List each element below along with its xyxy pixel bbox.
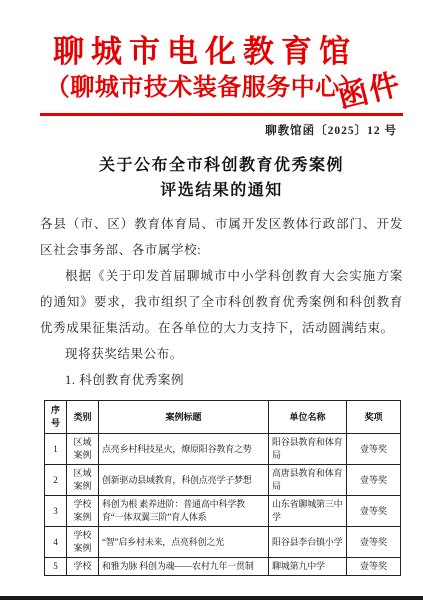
table-row: 3 学校案例 科创为根 素养进阶：普通高中科学教育“一体双翼三阶”育人体系 山东… <box>45 496 401 527</box>
cell-unit-name: 聊城第九中学 <box>269 558 347 576</box>
col-header-unit-name: 单位名称 <box>269 401 347 434</box>
cell-award: 壹等奖 <box>347 527 401 558</box>
cell-case-title: 和雅为脉 科创为魂——农村九年一贯制 <box>99 558 269 576</box>
cell-unit-name: 阳谷县李台镇小学 <box>269 527 347 558</box>
cell-unit-name: 山东省聊城第三中学 <box>269 496 347 527</box>
cell-category: 学校案例 <box>67 496 99 527</box>
paragraph-1: 根据《关于印发首届聊城市中小学科创教育大会实施方案的通知》要求，我市组织了全市科… <box>40 263 403 341</box>
col-header-index: 序号 <box>45 401 67 434</box>
table-header-row: 序号 类别 案例标题 单位名称 奖项 <box>45 401 401 434</box>
doc-body: 各县（市、区）教育体育局、市属开发区教体行政部门、开发区社会事务部、各市属学校:… <box>40 211 403 393</box>
cell-index: 5 <box>45 558 67 576</box>
cell-index: 2 <box>45 465 67 496</box>
paragraph-2: 现将获奖结果公布。 <box>40 341 403 367</box>
document-page: 聊城市电化教育馆 （聊城市技术装备服务中心） 函件 聊教馆函〔2025〕12 号… <box>0 0 423 602</box>
cell-case-title: 点亮乡村科技星火，燎原阳谷教育之势 <box>99 434 269 465</box>
org-name-line1: 聊城市电化教育馆 <box>40 32 370 72</box>
page-bottom-edge <box>0 596 423 600</box>
table-row: 2 区域案例 创新驱动县域教育，科创点亮学子梦想 高唐县教育和体育局 壹等奖 <box>45 465 401 496</box>
cell-case-title: “智”启乡村未来，点亮科创之光 <box>99 527 269 558</box>
doc-title-line2: 评选结果的通知 <box>160 182 283 199</box>
table-row: 5 学校 和雅为脉 科创为魂——农村九年一贯制 聊城第九中学 壹等奖 <box>45 558 401 576</box>
cell-unit-name: 阳谷县教育和体育局 <box>269 434 347 465</box>
paragraph-3: 1. 科创教育优秀案例 <box>40 367 403 393</box>
cell-category: 区域案例 <box>67 434 99 465</box>
doc-number: 聊教馆函〔2025〕12 号 <box>40 122 403 138</box>
table-row: 4 学校案例 “智”启乡村未来，点亮科创之光 阳谷县李台镇小学 壹等奖 <box>45 527 401 558</box>
doc-title: 关于公布全市科创教育优秀案例 评选结果的通知 <box>40 153 403 203</box>
cell-case-title: 科创为根 素养进阶：普通高中科学教育“一体双翼三阶”育人体系 <box>99 496 269 527</box>
doc-title-line1: 关于公布全市科创教育优秀案例 <box>99 157 344 174</box>
org-name-block: 聊城市电化教育馆 （聊城市技术装备服务中心） <box>40 32 370 104</box>
cell-award: 壹等奖 <box>347 558 401 576</box>
salutation: 各县（市、区）教育体育局、市属开发区教体行政部门、开发区社会事务部、各市属学校: <box>40 211 403 263</box>
cell-index: 3 <box>45 496 67 527</box>
cell-unit-name: 高唐县教育和体育局 <box>269 465 347 496</box>
col-header-category: 类别 <box>67 401 99 434</box>
cell-category: 学校 <box>67 558 99 576</box>
col-header-case-title: 案例标题 <box>99 401 269 434</box>
cell-case-title: 创新驱动县域教育，科创点亮学子梦想 <box>99 465 269 496</box>
cell-award: 壹等奖 <box>347 496 401 527</box>
cell-category: 学校案例 <box>67 527 99 558</box>
award-results-table: 序号 类别 案例标题 单位名称 奖项 1 区域案例 点亮乡村科技星火，燎原阳谷教… <box>44 400 401 576</box>
cell-award: 壹等奖 <box>347 434 401 465</box>
table-row: 1 区域案例 点亮乡村科技星火，燎原阳谷教育之势 阳谷县教育和体育局 壹等奖 <box>45 434 401 465</box>
cell-award: 壹等奖 <box>347 465 401 496</box>
org-name-line2: （聊城市技术装备服务中心） <box>40 72 370 104</box>
letterhead: 聊城市电化教育馆 （聊城市技术装备服务中心） 函件 聊教馆函〔2025〕12 号 <box>40 32 403 138</box>
col-header-award: 奖项 <box>347 401 401 434</box>
cell-index: 1 <box>45 434 67 465</box>
cell-category: 区域案例 <box>67 465 99 496</box>
cell-index: 4 <box>45 527 67 558</box>
